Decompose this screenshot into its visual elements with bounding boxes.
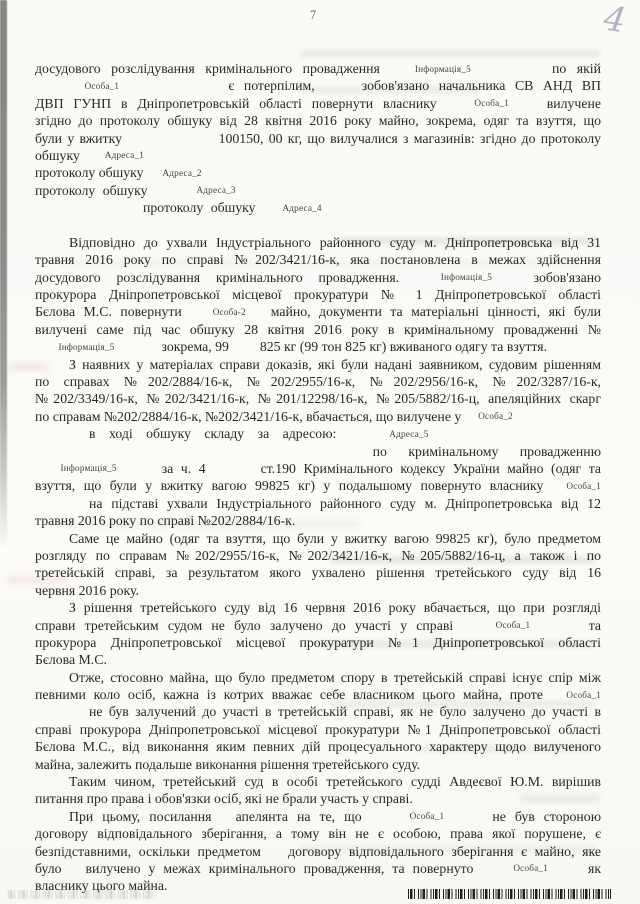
document-line: №202/3349/16-к, №202/3421/16-к, №201/122… xyxy=(35,390,601,407)
line-text: прокурора Дніпропетровської місцевої про… xyxy=(35,287,601,302)
document-line: Відповідно до ухвали Індустріального рай… xyxy=(35,234,601,251)
redaction-gap xyxy=(371,820,401,821)
redaction-label: Інфомація_5 xyxy=(441,272,492,282)
redaction-gap xyxy=(465,420,475,421)
redaction-gap xyxy=(556,872,580,873)
document-line: прокурора Дніпропетровської місцевої про… xyxy=(35,634,601,651)
redaction-label: Особа_2 xyxy=(478,411,513,421)
redaction-label: Особа_1 xyxy=(474,98,509,108)
redaction-label: Інформація_5 xyxy=(415,64,471,74)
line-text: Таким чином, третейський суд в особі тре… xyxy=(69,774,601,789)
line-text: №202/3349/16-к, №202/3421/16-к, №201/122… xyxy=(35,391,601,406)
line-text: зобов'язано xyxy=(534,270,601,285)
redaction-label: Адреса_5 xyxy=(389,429,428,439)
line-text: Відповідно до ухвали Індустріального рай… xyxy=(69,235,601,250)
line-text: Бєлова М.С. повернути xyxy=(35,304,182,319)
document-line: на підставі ухвали Індустріального район… xyxy=(35,495,601,512)
line-text: по справах №202/2884/16-к, №202/2955/16-… xyxy=(35,374,601,389)
document-line: обшуку Адреса_1 xyxy=(35,147,601,164)
document-line: вилучені саме під час обшуку 28 квітня 2… xyxy=(35,321,601,338)
document-line: Бєлова М.С. xyxy=(35,651,601,668)
handwritten-page-mark: 4 xyxy=(601,0,629,41)
line-text: прокурора Дніпропетровської місцевої про… xyxy=(35,635,601,650)
line-text: не був стороною xyxy=(492,809,601,824)
redaction-gap xyxy=(415,281,425,282)
document-line: розгляду по справам №202/2955/16-к, №202… xyxy=(35,547,601,564)
redaction-gap xyxy=(213,472,253,473)
redaction-label: Інформація_5 xyxy=(61,463,117,473)
line-text: певними коло осіб, кажна із котрих вважа… xyxy=(35,687,543,702)
redaction-gap xyxy=(127,142,213,143)
redaction-gap xyxy=(232,350,256,351)
redaction-label: Особа-2 xyxy=(213,307,246,317)
line-text: З наявних у матеріалах справи доказів, я… xyxy=(69,357,601,372)
document-line: взуття, що були у вжитку вагою 99825 кг)… xyxy=(35,477,601,494)
line-text: питання про права і обов'язки осіб, які … xyxy=(35,791,413,806)
document-line: Інформація_5 зокрема, 99 825 кг (99 тон … xyxy=(35,338,601,355)
line-text: Саме це майно (одяг та взуття, що були у… xyxy=(69,531,601,546)
redaction-gap xyxy=(83,159,101,160)
line-text: взуття, що були у вжитку вагою 99825 кг)… xyxy=(35,478,543,493)
line-text: розгляду по справам №202/2955/16-к, №202… xyxy=(35,548,601,563)
line-text: справі прокурора Дніпропетровської місце… xyxy=(35,722,601,737)
document-line: При цьому, посилання апелянта на те, що … xyxy=(35,808,601,825)
document-line: Саме це майно (одяг та взуття, що були у… xyxy=(35,530,601,547)
document-line: питання про права і обов'язки осіб, які … xyxy=(35,790,601,807)
line-text: зобов'язано начальника СВ АНД ВП xyxy=(362,78,601,93)
redaction-gap xyxy=(390,72,404,73)
redaction-gap xyxy=(190,315,204,316)
line-text: є потерпілим, xyxy=(228,78,314,93)
redaction-gap xyxy=(481,872,505,873)
document-line: Бєлова М.С. повернути Особа-2 майно, док… xyxy=(35,303,601,320)
redaction-label: Адреса_1 xyxy=(105,150,144,160)
line-text: ст.190 Кримінального кодексу України май… xyxy=(261,461,601,476)
redaction-label: Інформація_5 xyxy=(58,342,114,352)
document-line: Особа_1 є потерпілим, зобов'язано началь… xyxy=(35,77,601,94)
line-text: вилучені саме під час обшуку 28 квітня 2… xyxy=(35,322,601,337)
line-text: на підставі ухвали Індустріального район… xyxy=(89,496,601,511)
redaction-label: Адреса_2 xyxy=(162,168,201,178)
line-text: згідно до протоколу обшуку від 28 квітня… xyxy=(35,113,601,128)
barcode-icon xyxy=(408,889,611,899)
line-text: в ході обшуку складу за адресою: xyxy=(89,426,336,441)
document-line: справі прокурора Дніпропетровської місце… xyxy=(35,721,601,738)
line-text: договору відповідального зберігання, а т… xyxy=(35,826,601,841)
line-text: апелянта на те, що xyxy=(236,809,362,824)
redaction-label: Адреса_3 xyxy=(196,185,235,195)
line-text: Бєлова М.С., від виконання яким певних д… xyxy=(35,739,601,754)
redaction-gap xyxy=(124,472,154,473)
document-line: були у вжитку 100150, 00 кг, що вилучали… xyxy=(35,130,601,147)
line-text: по якій xyxy=(552,61,601,76)
redaction-label: Особа_1 xyxy=(85,81,120,91)
line-text: досудового розслідування кримінального п… xyxy=(35,270,399,285)
line-text: травня 2016 року по справі №202/2884/16-… xyxy=(35,513,295,528)
line-text: Бєлова М.С. xyxy=(35,652,107,667)
redaction-gap xyxy=(118,350,158,351)
document-line: протоколу обшуку Адреса_4 xyxy=(35,199,601,216)
line-text: При цьому, посилання xyxy=(69,809,212,824)
line-text: третейській справі, за результатом якого… xyxy=(35,565,601,580)
document-line: по кримінальному провадженню xyxy=(35,443,601,460)
document-line: Отже, стосовно майна, що було предметом … xyxy=(35,669,601,686)
line-text: протоколу обшуку xyxy=(143,200,256,215)
redaction-gap xyxy=(35,89,75,90)
document-line: досудового розслідування кримінального п… xyxy=(35,269,601,286)
redaction-gap xyxy=(263,211,275,212)
redaction-label: Особа_1 xyxy=(496,620,531,630)
redaction-gap xyxy=(129,89,219,90)
redaction-gap xyxy=(540,629,580,630)
line-text: З рішення третейського суду від 16 червн… xyxy=(69,600,601,615)
redaction-label: Особа_1 xyxy=(566,690,601,700)
redaction-gap xyxy=(462,629,486,630)
line-text: травня 2016 року по справі №202/3421/16-… xyxy=(35,252,601,267)
redaction-gap xyxy=(508,281,518,282)
line-text: вилучене xyxy=(547,96,601,111)
document-line: по справах №202/2884/16-к, №202/2955/16-… xyxy=(35,373,601,390)
redaction-gap xyxy=(35,472,53,473)
document-line: травня 2016 року по справі №202/2884/16-… xyxy=(35,512,601,529)
line-text: протоколу обшуку xyxy=(35,183,148,198)
line-text: червня 2016 року. xyxy=(35,583,139,598)
document-line: в ході обшуку складу за адресою: Адреса_… xyxy=(35,425,601,442)
redaction-gap xyxy=(324,89,352,90)
line-text: 825 кг (99 тон 825 кг) вживаного одягу т… xyxy=(260,339,547,354)
line-text: по справам №202/2884/16-к, №202/3421/16-… xyxy=(35,409,461,424)
redaction-gap xyxy=(254,315,262,316)
line-text: безпідставними, оскільки предметом xyxy=(35,844,261,859)
document-body: досудового розслідування кримінального п… xyxy=(35,60,601,895)
line-text: договору відповідального зберігання є ма… xyxy=(288,844,601,859)
line-text: досудового розслідування кримінального п… xyxy=(35,61,380,76)
scanned-document-page: 7 4 досудового розслідування кримінально… xyxy=(0,0,640,904)
line-text: по кримінальному провадженню xyxy=(373,444,601,459)
line-text: зокрема, 99 xyxy=(161,339,228,354)
line-text: обшуку xyxy=(35,148,80,163)
redaction-gap xyxy=(155,194,189,195)
line-text: майна, залежить подальше виконання рішен… xyxy=(35,757,420,772)
document-line: певними коло осіб, кажна із котрих вважа… xyxy=(35,686,601,703)
line-text: було xyxy=(35,861,62,876)
document-line: безпідставними, оскільки предметом догов… xyxy=(35,843,601,860)
document-line: Бєлова М.С., від виконання яким певних д… xyxy=(35,738,601,755)
line-text: не був залучений до участі в третейській… xyxy=(89,704,601,719)
document-line: травня 2016 року по справі №202/3421/16-… xyxy=(35,251,601,268)
redaction-gap xyxy=(447,107,465,108)
scan-edge-shadow xyxy=(0,0,7,548)
line-text: справи третейським судом не було залучен… xyxy=(35,618,453,633)
line-text: вилучено у межах кримінального проваджен… xyxy=(86,861,474,876)
redaction-gap xyxy=(551,698,559,699)
line-text: як xyxy=(588,861,601,876)
document-line xyxy=(35,217,601,234)
document-line: прокурора Дніпропетровської місцевої про… xyxy=(35,286,601,303)
line-text: Отже, стосовно майна, що було предметом … xyxy=(69,670,601,685)
document-line: протоколу обшуку Адреса_2 xyxy=(35,164,601,181)
line-text: ДВП ГУНП в Дніпропетровській області пов… xyxy=(35,96,437,111)
redaction-label: Особа_1 xyxy=(410,811,445,821)
document-line: третейській справі, за результатом якого… xyxy=(35,564,601,581)
bleed-through-smudge xyxy=(300,50,600,58)
redaction-gap xyxy=(70,872,78,873)
page-number: 7 xyxy=(310,8,316,23)
line-text: та xyxy=(589,618,601,633)
redaction-gap xyxy=(269,855,281,856)
redaction-gap xyxy=(221,820,227,821)
document-line: З наявних у матеріалах справи доказів, я… xyxy=(35,356,601,373)
document-line: З рішення третейського суду від 16 червн… xyxy=(35,599,601,616)
redaction-gap xyxy=(552,489,558,490)
line-text: за ч. 4 xyxy=(162,461,206,476)
redaction-gap xyxy=(481,72,541,73)
redaction-gap xyxy=(453,820,483,821)
document-line: справи третейським судом не було залучен… xyxy=(35,617,601,634)
document-line: ДВП ГУНП в Дніпропетровській області пов… xyxy=(35,95,601,112)
redaction-gap xyxy=(350,437,376,438)
document-line: по справам №202/2884/16-к, №202/3421/16-… xyxy=(35,408,601,425)
document-line: протоколу обшуку Адреса_3 xyxy=(35,182,601,199)
line-text: протоколу обшуку xyxy=(35,165,144,180)
document-line: червня 2016 року. xyxy=(35,582,601,599)
redaction-gap xyxy=(519,107,537,108)
document-line: майна, залежить подальше виконання рішен… xyxy=(35,756,601,773)
line-text: 100150, 00 кг, що вилучалися з магазинів… xyxy=(219,131,601,146)
redaction-gap xyxy=(147,176,159,177)
line-text: були у вжитку xyxy=(35,131,122,146)
document-line: досудового розслідування кримінального п… xyxy=(35,60,601,77)
document-line: Інформація_5 за ч. 4 ст.190 Кримінальног… xyxy=(35,460,601,477)
line-text: майно, документи та матеріальні цінності… xyxy=(271,304,601,319)
redaction-gap xyxy=(35,350,55,351)
document-line: згідно до протоколу обшуку від 28 квітня… xyxy=(35,112,601,129)
redaction-label: Особа_1 xyxy=(566,481,601,491)
document-line: Таким чином, третейський суд в особі тре… xyxy=(35,773,601,790)
document-line: було вилучено у межах кримінального пров… xyxy=(35,860,601,877)
redaction-label: Особа_1 xyxy=(513,863,548,873)
redaction-label: Адреса_4 xyxy=(282,203,321,213)
document-line: не був залучений до участі в третейській… xyxy=(35,703,601,720)
document-line: договору відповідального зберігання, а т… xyxy=(35,825,601,842)
barcode-ghost-icon xyxy=(8,890,156,899)
